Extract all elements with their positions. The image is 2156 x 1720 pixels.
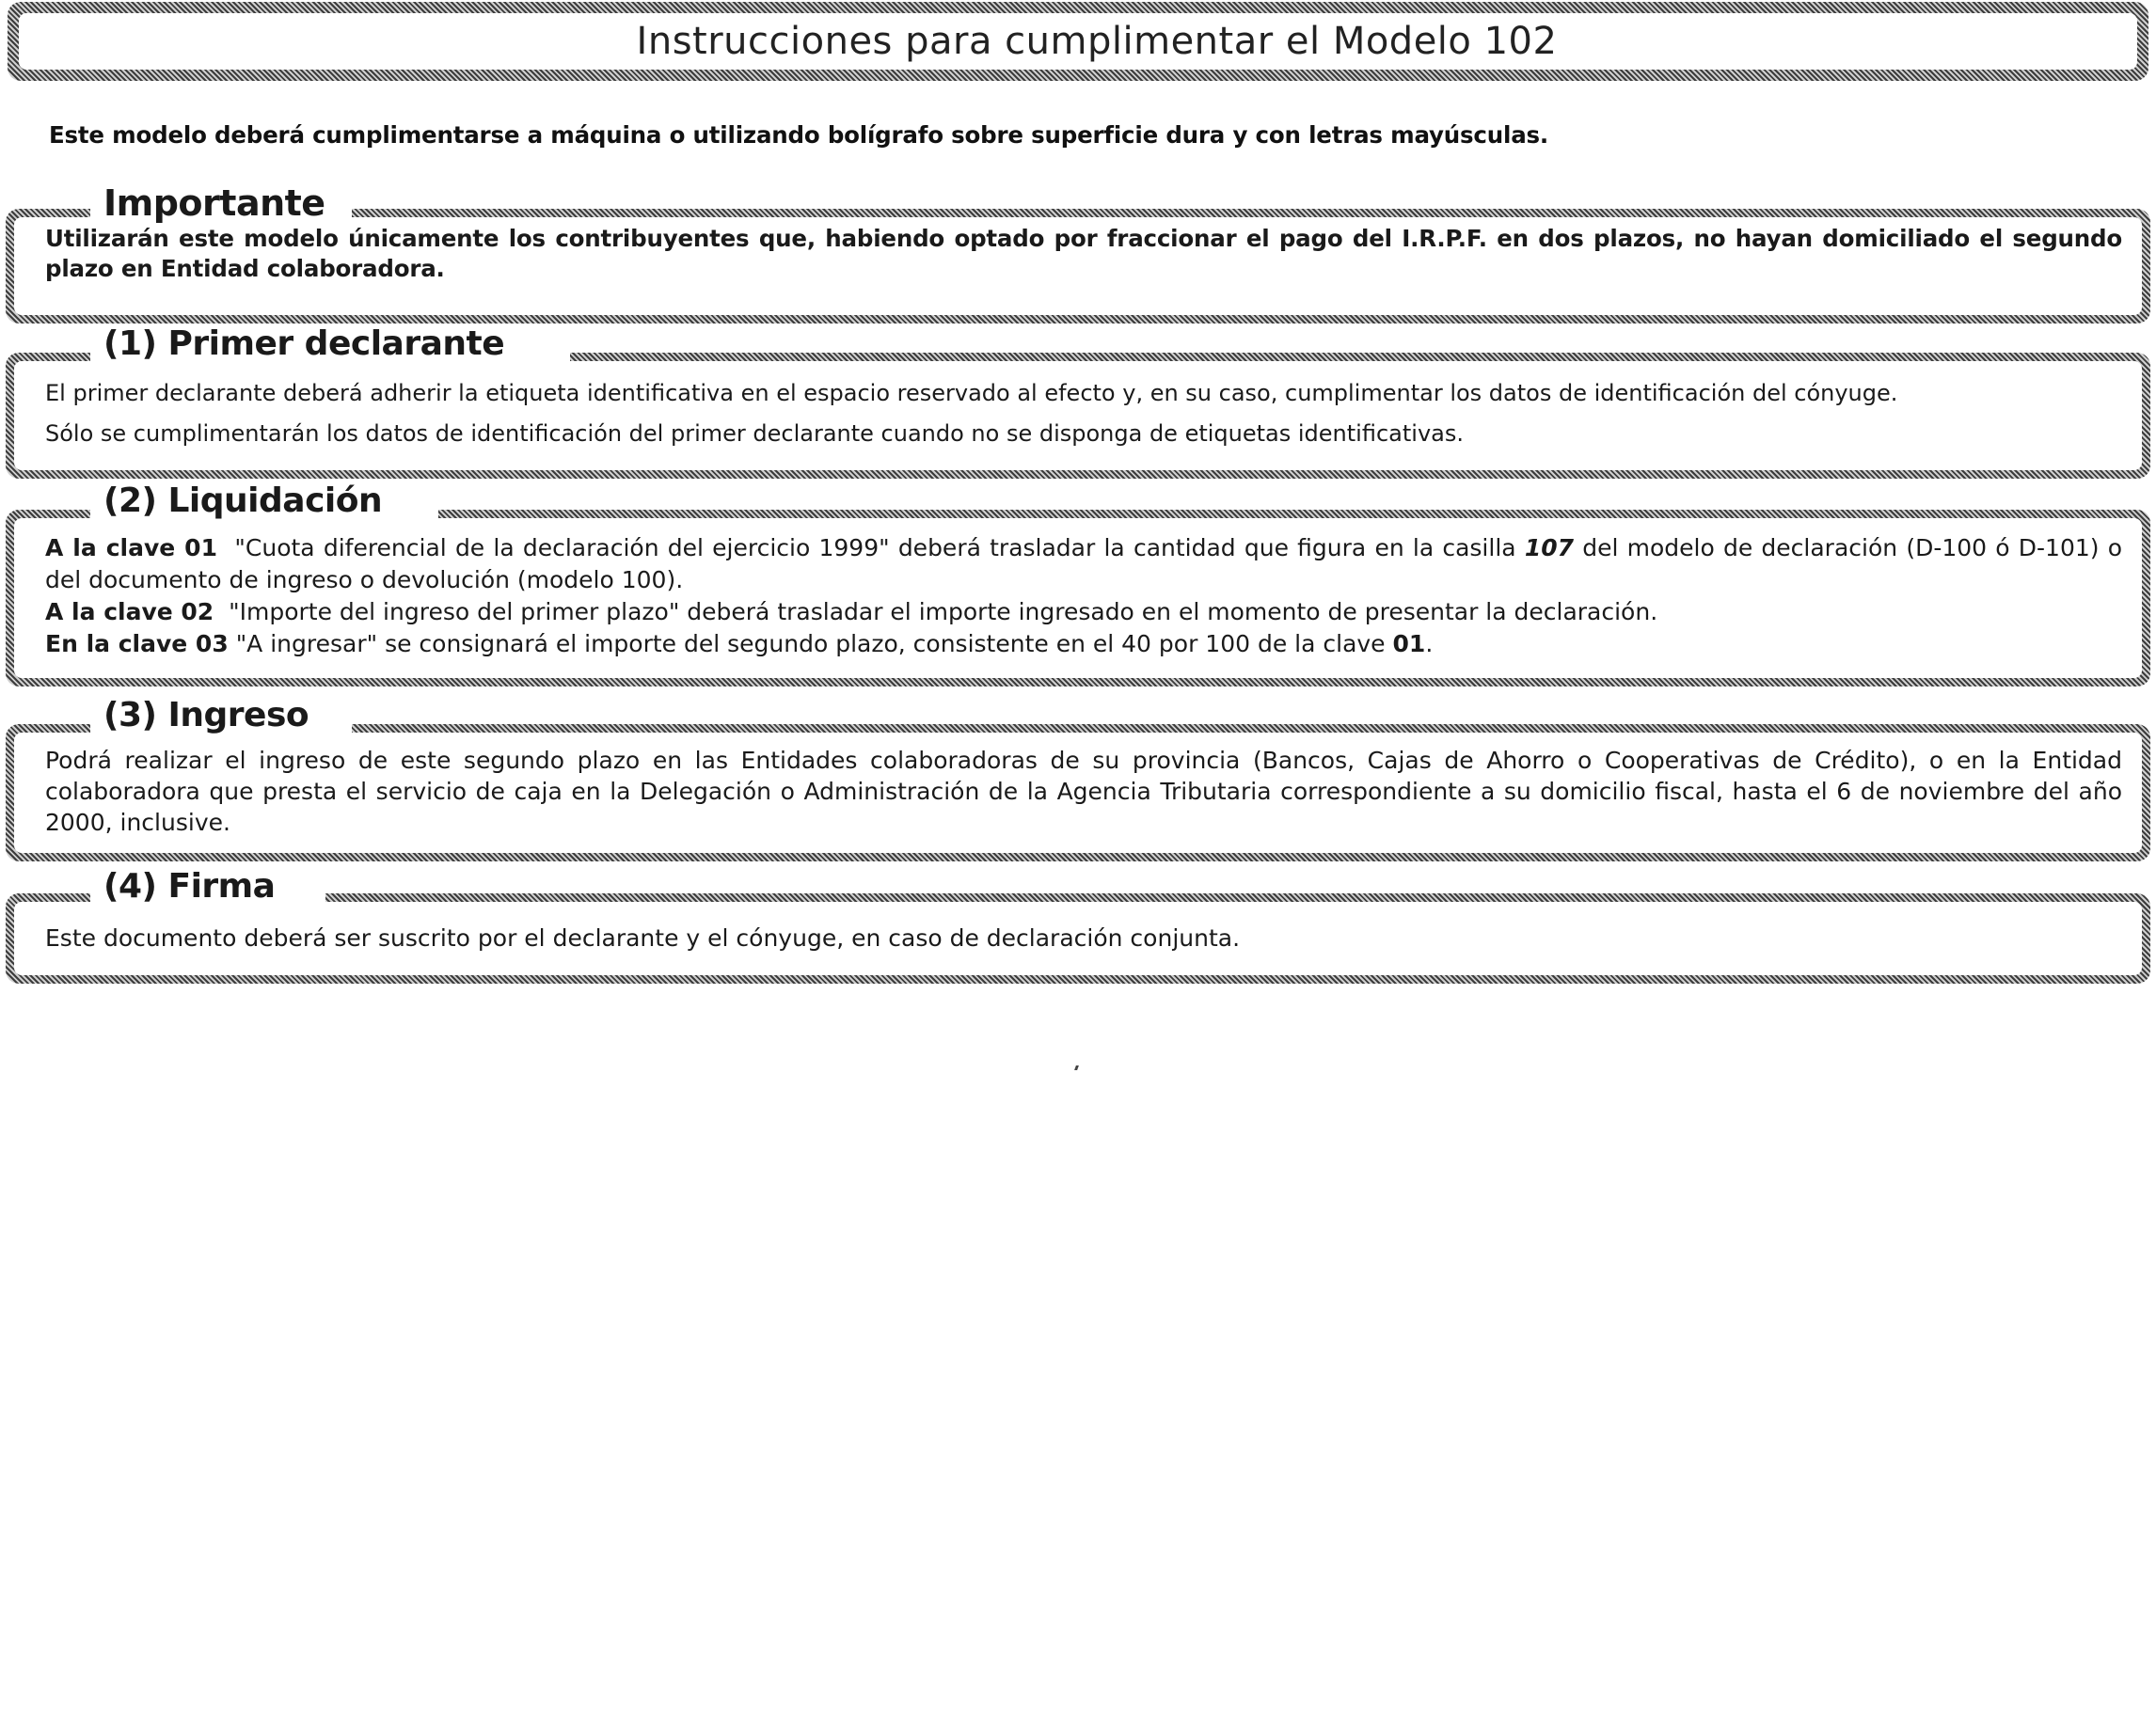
section-heading: (1) Primer declarante xyxy=(103,324,504,363)
clave-label: En la clave 03 xyxy=(45,630,229,657)
casilla-number: 107 xyxy=(1525,534,1574,561)
title-frame: Instrucciones para cumplimentar el Model… xyxy=(8,2,2148,81)
section-body: Utilizarán este modelo únicamente los co… xyxy=(45,224,2122,284)
section-heading: (4) Firma xyxy=(103,867,275,906)
section-body: El primer declarante deberá adherir la e… xyxy=(45,377,2122,450)
clave-03-item: En la clave 03 "A ingresar" se consignar… xyxy=(45,628,2122,660)
section-body: Podrá realizar el ingreso de este segund… xyxy=(45,745,2122,838)
section-firma: (4) Firma Este documento deberá ser susc… xyxy=(0,863,2156,986)
section-heading: (3) Ingreso xyxy=(103,696,309,734)
clave-ref: 01 xyxy=(1393,630,1426,657)
section-heading: (2) Liquidación xyxy=(103,481,382,520)
clave-02-item: A la clave 02 "Importe del ingreso del p… xyxy=(45,596,2122,628)
section-primer-declarante: (1) Primer declarante El primer declaran… xyxy=(0,324,2156,480)
clave-label: A la clave 02 xyxy=(45,598,214,625)
section-ingreso: (3) Ingreso Podrá realizar el ingreso de… xyxy=(0,696,2156,865)
page-title: Instrucciones para cumplimentar el Model… xyxy=(637,20,1558,63)
section-body: A la clave 01 "Cuota diferencial de la d… xyxy=(45,532,2122,660)
stray-print-mark xyxy=(1074,1065,1079,1070)
intro-text: Este modelo deberá cumplimentarse a máqu… xyxy=(49,121,1548,149)
section-importante: Importante Utilizarán este modelo únicam… xyxy=(0,179,2156,329)
clave-label: A la clave 01 xyxy=(45,534,217,561)
paragraph: Sólo se cumplimentarán los datos de iden… xyxy=(45,418,2122,450)
section-liquidacion: (2) Liquidación A la clave 01 "Cuota dif… xyxy=(0,481,2156,688)
paragraph: El primer declarante deberá adherir la e… xyxy=(45,377,2122,410)
clave-01-item: A la clave 01 "Cuota diferencial de la d… xyxy=(45,532,2122,596)
section-body: Este documento deberá ser suscrito por e… xyxy=(45,922,2122,955)
section-heading: Importante xyxy=(103,182,325,224)
